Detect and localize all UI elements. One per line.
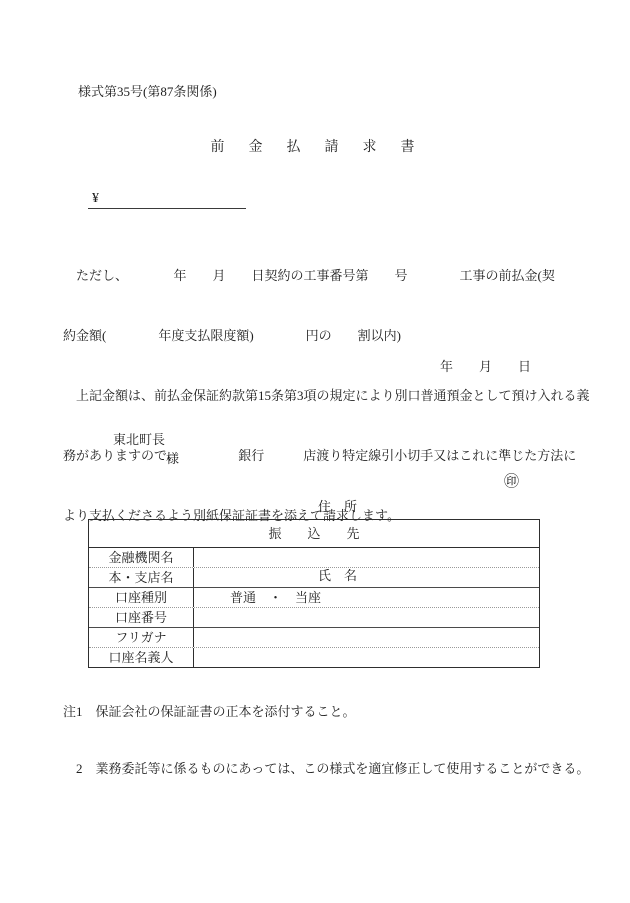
addressee: 東北町長 bbox=[113, 432, 165, 447]
transfer-table-header: 振 込 先 bbox=[89, 520, 539, 548]
row-label: 金融機関名 bbox=[89, 548, 194, 567]
body-line: 約金額( 年度支払限度額) 円の 割以内) bbox=[63, 326, 573, 346]
row-label: 口座番号 bbox=[89, 608, 194, 627]
yen-symbol: ¥ bbox=[92, 191, 99, 207]
bank-name-cell[interactable] bbox=[194, 548, 539, 567]
seal-mark: ㊞ bbox=[504, 470, 519, 491]
table-row-account-type: 口座種別 普通 ・ 当座 bbox=[89, 587, 539, 607]
furigana-cell[interactable] bbox=[194, 628, 539, 647]
page-title: 前 金 払 請 求 書 bbox=[0, 136, 630, 156]
row-label: 口座種別 bbox=[89, 588, 194, 607]
table-row-furigana: フリガナ bbox=[89, 627, 539, 647]
address-label: 住 所 bbox=[318, 495, 357, 518]
table-row-branch-name: 本・支店名 bbox=[89, 567, 539, 587]
account-number-cell[interactable] bbox=[194, 608, 539, 627]
form-number: 様式第35号(第87条関係) bbox=[78, 81, 217, 100]
account-type-cell[interactable]: 普通 ・ 当座 bbox=[194, 588, 539, 607]
body-line: ただし、 年 月 日契約の工事番号第 号 工事の前払金(契 bbox=[63, 266, 573, 286]
table-row-bank-name: 金融機関名 bbox=[89, 548, 539, 567]
advance-payment-request-form: 様式第35号(第87条関係) 前 金 払 請 求 書 ¥ ただし、 年 月 日契… bbox=[0, 0, 630, 903]
row-label: 本・支店名 bbox=[89, 568, 194, 587]
addressee-line: 東北町長 様 bbox=[100, 413, 179, 483]
honorific: 様 bbox=[166, 451, 179, 466]
row-label: フリガナ bbox=[89, 628, 194, 647]
note-line-2: 2 業務委託等に係るものにあっては、この様式を適宜修正して使用することができる。 bbox=[63, 759, 583, 778]
body-line: 上記金額は、前払金保証約款第15条第3項の規定により別口普通預金として預け入れる… bbox=[63, 386, 573, 406]
transfer-table: 振 込 先 金融機関名 本・支店名 口座種別 普通 ・ 当座 口座番号 フリガナ… bbox=[88, 519, 540, 668]
table-row-account-number: 口座番号 bbox=[89, 607, 539, 627]
date-line: 年 月 日 bbox=[440, 356, 531, 375]
branch-name-cell[interactable] bbox=[194, 568, 539, 587]
amount-field[interactable]: ¥ bbox=[88, 188, 246, 209]
notes: 注1 保証会社の保証証書の正本を添付すること。 2 業務委託等に係るものにあって… bbox=[63, 664, 583, 816]
note-line-1: 注1 保証会社の保証証書の正本を添付すること。 bbox=[63, 702, 583, 721]
